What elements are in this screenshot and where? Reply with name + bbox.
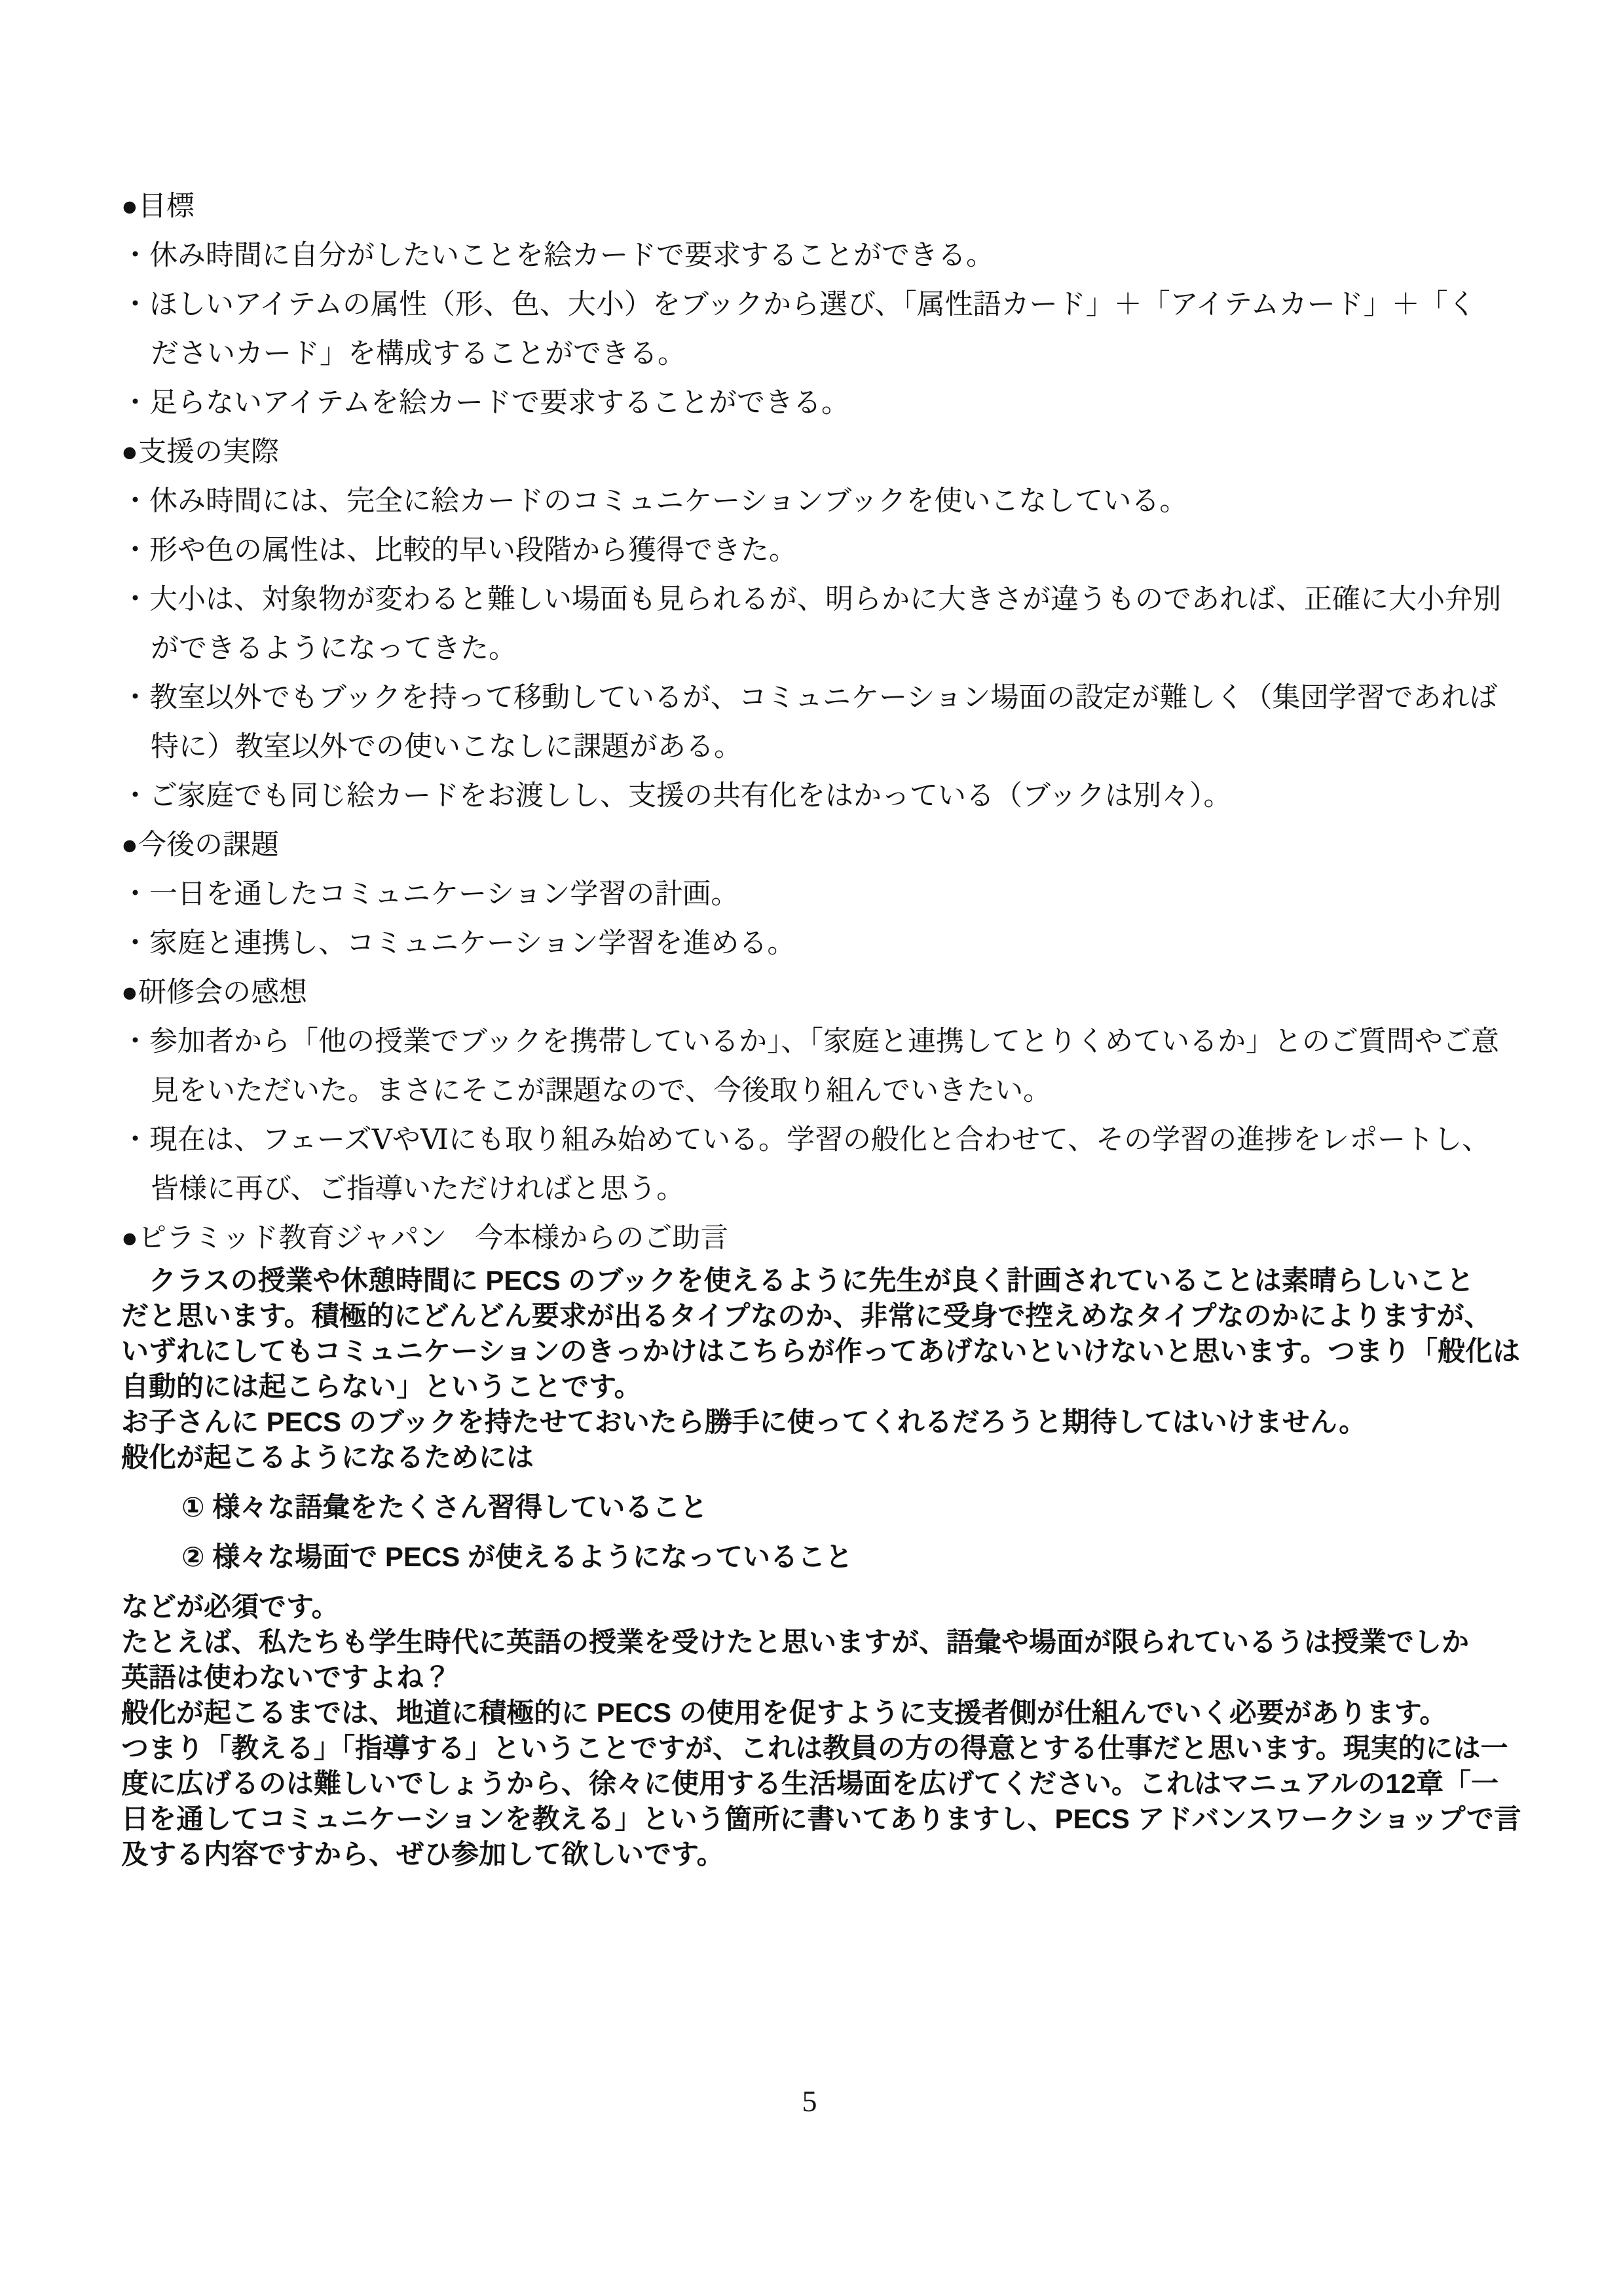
text-line: などが必須です。 [121, 1589, 1511, 1625]
text-line: ださいカード」を構成することができる。 [121, 329, 1511, 379]
text-line: ・現在は、フェーズⅤやⅥにも取り組み始めている。学習の般化と合わせて、その学習の… [121, 1116, 1511, 1165]
text-line: クラスの授業や休憩時間に PECS のブックを使えるように先生が良く計画されてい… [121, 1263, 1511, 1298]
text-line: ができるようになってきた。 [121, 624, 1511, 673]
section-heading: ●支援の実際 [121, 428, 1511, 477]
text-line: お子さんに PECS のブックを持たせておいたら勝手に使ってくれるだろうと期待し… [121, 1404, 1511, 1440]
section-heading: ●今後の課題 [121, 821, 1511, 870]
text-line: 般化が起こるようになるためには [121, 1440, 1511, 1475]
text-line: 度に広げるのは難しいでしょうから、徐々に使用する生活場面を広げてください。これは… [121, 1766, 1511, 1801]
text-line: 自動的には起こらない」ということです。 [121, 1369, 1511, 1404]
text-line: 般化が起こるまでは、地道に積極的に PECS の使用を促すように支援者側が仕組ん… [121, 1695, 1511, 1731]
page-number: 5 [0, 2084, 1619, 2118]
text-line: いずれにしてもコミュニケーションのきっかけはこちらが作ってあげないといけないと思… [121, 1334, 1511, 1369]
text-line: ・足らないアイテムを絵カードで要求することができる。 [121, 379, 1511, 428]
section-heading: ●ピラミッド教育ジャパン 今本様からのご助言 [121, 1214, 1511, 1263]
text-line: ・形や色の属性は、比較的早い段階から獲得できた。 [121, 526, 1511, 575]
text-line: 特に）教室以外での使いこなしに課題がある。 [121, 723, 1511, 772]
text-line: 皆様に再び、ご指導いただければと思う。 [121, 1165, 1511, 1214]
text-line: ・ほしいアイテムの属性（形、色、大小）をブックから選び、「属性語カード」＋「アイ… [121, 280, 1511, 329]
text-line: 英語は使わないですよね？ [121, 1660, 1511, 1695]
text-line: ・休み時間には、完全に絵カードのコミュニケーションブックを使いこなしている。 [121, 477, 1511, 526]
text-line: ・教室以外でもブックを持って移動しているが、コミュニケーション場面の設定が難しく… [121, 673, 1511, 723]
section-heading: ●研修会の感想 [121, 968, 1511, 1017]
text-line: ・参加者から「他の授業でブックを携帯しているか」、「家庭と連携してとりくめている… [121, 1017, 1511, 1066]
text-line: ② 様々な場面で PECS が使えるようになっていること [121, 1539, 1511, 1575]
text-line: 及する内容ですから、ぜひ参加して欲しいです。 [121, 1837, 1511, 1872]
text-line: 見をいただいた。まさにそこが課題なので、今後取り組んでいきたい。 [121, 1066, 1511, 1116]
text-line: ・大小は、対象物が変わると難しい場面も見られるが、明らかに大きさが違うものであれ… [121, 575, 1511, 624]
text-line: ① 様々な語彙をたくさん習得していること [121, 1490, 1511, 1525]
text-line: ・休み時間に自分がしたいことを絵カードで要求することができる。 [121, 231, 1511, 280]
text-line: たとえば、私たちも学生時代に英語の授業を受けたと思いますが、語彙や場面が限られて… [121, 1625, 1511, 1660]
text-line: つまり「教える」「指導する」ということですが、これは教員の方の得意とする仕事だと… [121, 1731, 1511, 1766]
text-line: 日を通してコミュニケーションを教える」という箇所に書いてありますし、PECS ア… [121, 1801, 1511, 1837]
text-line: ・一日を通したコミュニケーション学習の計画。 [121, 870, 1511, 919]
text-line: ・家庭と連携し、コミュニケーション学習を進める。 [121, 919, 1511, 968]
text-line: だと思います。積極的にどんどん要求が出るタイプなのか、非常に受身で控えめなタイプ… [121, 1298, 1511, 1334]
report-section: ●目標・休み時間に自分がしたいことを絵カードで要求することができる。・ほしいアイ… [121, 182, 1511, 1263]
document-page: ●目標・休み時間に自分がしたいことを絵カードで要求することができる。・ほしいアイ… [0, 0, 1619, 2296]
document-body: ●目標・休み時間に自分がしたいことを絵カードで要求することができる。・ほしいアイ… [121, 182, 1511, 1872]
advice-section: クラスの授業や休憩時間に PECS のブックを使えるように先生が良く計画されてい… [121, 1263, 1511, 1872]
section-heading: ●目標 [121, 182, 1511, 231]
text-line: ・ご家庭でも同じ絵カードをお渡しし、支援の共有化をはかっている（ブックは別々）。 [121, 772, 1511, 821]
